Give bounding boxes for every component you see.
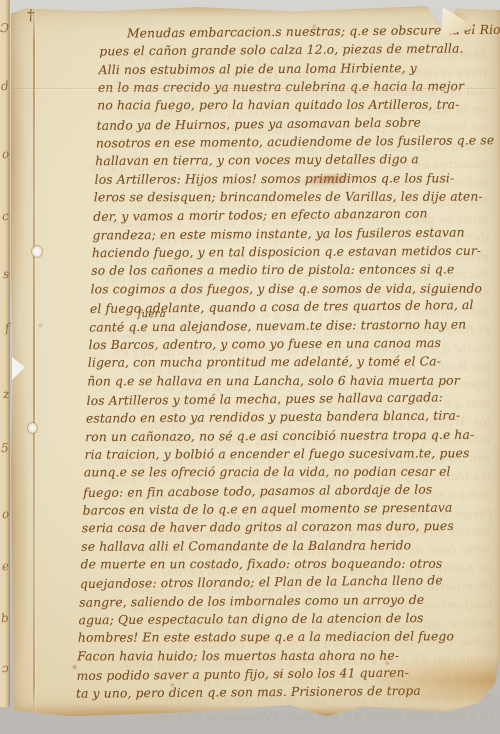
text-line-content: pues el cañon grande solo calza 12.o, pi… [99, 42, 463, 59]
text-line: los Artilleros: Hijos mios! somos primid… [73, 169, 485, 189]
text-line-content: der, y vamos a morir todos; en efecto ab… [93, 207, 428, 224]
text-line: ñon q.e se hallava en una Lancha, solo 6… [74, 371, 486, 390]
facing-page-ink-fragment: o [1, 148, 9, 160]
text-line-content: mos podido saver a punto fijo, si solo l… [76, 666, 409, 683]
text-line-content: ria traicion, y bolbió a encender el fue… [85, 446, 470, 462]
text-line: ta y uno, pero dicen q.e son mas. Prisio… [76, 682, 488, 704]
text-line-content: leros se desisquen; brincandomeles de Va… [94, 190, 483, 205]
text-line: ria traicion, y bolbió a encender el fue… [74, 444, 486, 464]
text-line: ligera, con mucha prontitud me adelanté,… [74, 352, 486, 372]
text-line-content: los Artilleros y tomé la mecha, pues se … [87, 390, 444, 408]
text-line-content: los cogimos a dos fuegos, y dise q.e som… [91, 281, 483, 296]
facing-page-ink-fragment: b [1, 612, 10, 625]
text-line: aunq.e se les ofreció gracia de la vida,… [75, 463, 487, 482]
fold-crease-vertical [33, 7, 35, 713]
text-line-content: de muerte en un costado, fixado: otros b… [81, 557, 443, 572]
text-line-content: haciendo fuego, y en tal disposicion q.e… [92, 244, 481, 260]
facing-page-ink-fragment: e [1, 560, 9, 572]
text-line-content: fuego: en fin acabose todo, pasamos al a… [83, 482, 432, 500]
facing-page-ink-fragment: d [1, 80, 10, 93]
text-line-content: tando ya de Huirnos, pues ya asomavan be… [97, 115, 422, 132]
interlinear-insertion: fuera [138, 309, 166, 319]
text-line-content: Alli nos estubimos al pie de una loma Hi… [99, 61, 417, 77]
facing-page-ink-fragment: Ɔ [0, 22, 9, 35]
punch-hole [28, 423, 37, 433]
text-line-content: seria cosa de haver dado gritos al coraz… [82, 519, 454, 535]
facing-page-ink-fragment: s [2, 268, 9, 280]
text-line-content: hombres! En este estado supe q.e a la me… [78, 630, 454, 646]
text-line-content: so de los cañones a medio tiro de pistol… [91, 263, 454, 278]
facing-page-ink-fragment: z [2, 388, 9, 400]
text-line-content: grandeza; en este mismo instante, ya los… [93, 225, 465, 242]
text-line-content: ron un cañonazo, no sé q.e asi concibió … [85, 427, 474, 443]
facing-page-edge: Ɔdocsfz5oebɔ [0, 0, 9, 707]
text-line-content: aunq.e se les ofreció gracia de la vida,… [84, 465, 451, 480]
text-line-content: los Barcos, adentro, y como yo fuese en … [89, 336, 442, 352]
text-line-content: ligera, con mucha prontitud me adelanté,… [88, 355, 441, 370]
text-line: no hacia fuego, pero la havian quitado l… [72, 96, 484, 115]
facing-page-ink-fragment: o [1, 508, 9, 520]
text-line-content: los Artilleros: Hijos mios! somos primid… [95, 171, 455, 186]
text-line-content: estando en esto ya rendidos y puesta ban… [86, 409, 460, 426]
text-line-content: agua; Que espectaculo tan digno de la at… [79, 611, 424, 627]
text-line: los Barcos, adentro, y como yo fuese en … [74, 334, 486, 355]
text-line-content: nosotros en ese momento, acudiendome de … [96, 133, 494, 150]
text-line: ron un cañonazo, no sé q.e asi concibió … [74, 425, 486, 446]
text-line: seria cosa de haver dado gritos al coraz… [75, 517, 487, 538]
text-line-content: se hallava alli el Comandante de la Bala… [81, 538, 411, 553]
text-line-content: no hacia fuego, pero la havian quitado l… [97, 98, 459, 113]
text-line-content: quejandose: otros llorando; el Plan de l… [80, 574, 443, 592]
text-line-content: ta y uno, pero dicen q.e son mas. Prisio… [76, 684, 421, 701]
facing-page-ink-fragment: c [2, 210, 10, 222]
text-line: hallavan en tierra, y con voces muy deta… [73, 150, 485, 171]
margin-cross-mark: † [27, 8, 35, 23]
manuscript-text: Menudas embarcacion.s nuestras; q.e se o… [72, 22, 488, 715]
fold-crease-horizontal [12, 88, 498, 89]
text-line-content: sangre, saliendo de los imbornales como … [79, 592, 424, 609]
text-line: so de los cañones a medio tiro de pistol… [73, 261, 485, 281]
text-line-content: Facon havia huido; los muertos hasta aho… [77, 648, 399, 663]
punch-hole [32, 246, 42, 257]
facing-page-ink-fragment: f [4, 322, 9, 334]
text-line-content: hallavan en tierra, y con voces muy deta… [95, 153, 419, 169]
facing-page-ink-fragment: ɔ [2, 662, 10, 674]
text-line-content: barcos en vista de lo q.e en aquel momen… [83, 501, 453, 518]
text-line: hombres! En este estado supe q.e a la me… [76, 628, 488, 648]
text-line: se hallava alli el Comandante de la Bala… [75, 536, 487, 556]
text-line: Alli nos estubimos al pie de una loma Hi… [72, 58, 484, 79]
facing-page-ink-fragment: 5 [1, 442, 9, 455]
text-line-content: ñon q.e se hallava en una Lancha, solo 6… [87, 373, 460, 388]
